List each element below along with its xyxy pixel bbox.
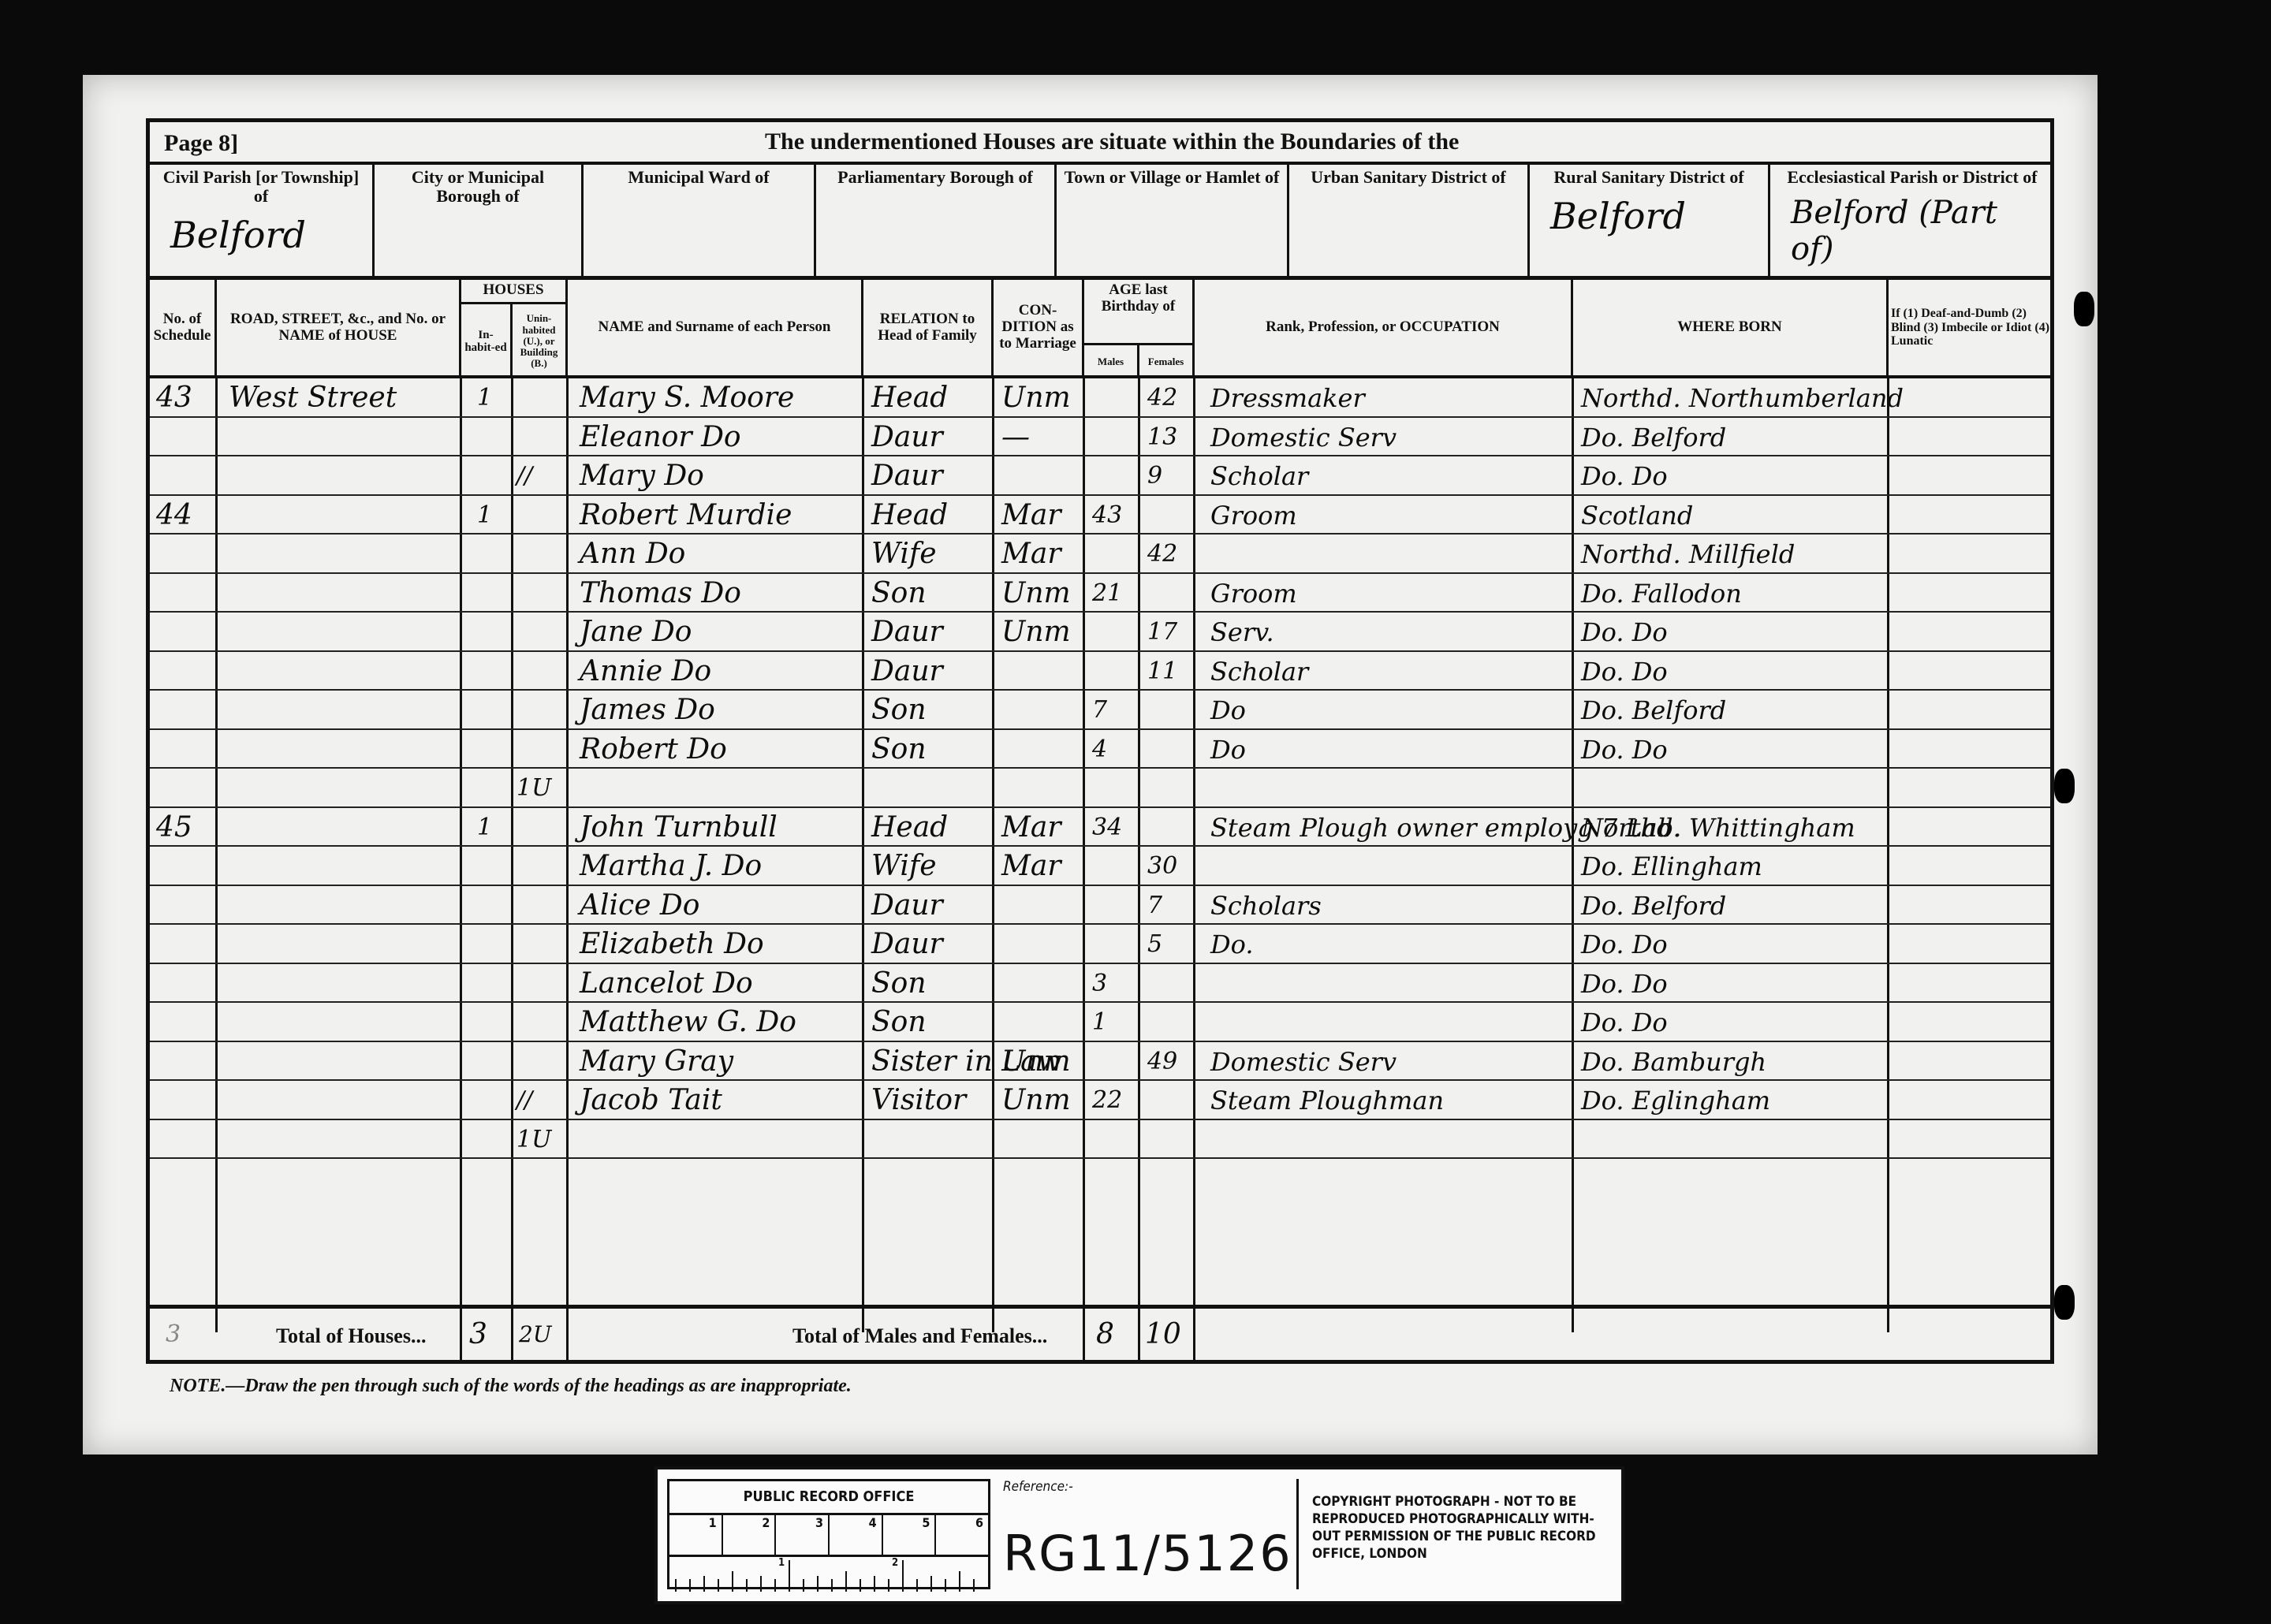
census-rows: 43West Street1Mary S. MooreHeadUnm42Dres… [150,378,2050,1332]
total-females: 10 [1145,1317,1181,1353]
row-name: James Do [580,692,715,728]
office-name: PUBLIC RECORD OFFICE [669,1481,988,1515]
row-female-age: 42 [1147,380,1177,416]
row-female-age: 13 [1147,419,1177,456]
header-town-village: Town or Village or Hamlet of [1057,165,1289,276]
row-female-age: 11 [1147,654,1177,690]
row-condition: Unm [1001,575,1071,612]
row-name: Mary S. Moore [580,380,794,416]
row-name: Robert Murdie [580,497,792,534]
row-relation: Visitor [871,1082,966,1119]
header-civil-parish: Civil Parish [or Township] of Belford [150,165,375,276]
row-where-born: Do. Do [1581,614,1668,650]
col-relation: RELATION to Head of Family [863,280,994,375]
row-inhabited: 1 [477,810,492,846]
col-females: Females [1139,343,1195,378]
row-inhabited: 1 [477,497,492,534]
row-name: Mary Do [580,458,704,494]
reference-label: Reference:- [997,1479,1296,1495]
row-female-age: 42 [1147,536,1177,572]
row-male-age: 3 [1092,966,1107,1002]
margin-mark: 3 [166,1317,181,1353]
row-condition: — [1001,419,1030,456]
row-where-born: Northd. Millfield [1581,536,1795,572]
page-title: The undermentioned Houses are situate wi… [765,129,1459,155]
row-female-age: 30 [1147,848,1177,885]
row-relation: Daur [871,654,943,690]
row-occupation: Scholar [1210,654,1308,690]
row-occupation: Groom [1210,497,1297,534]
row-male-age: 34 [1092,810,1122,846]
col-infirmity: If (1) Deaf-and-Dumb (2) Blind (3) Imbec… [1889,280,2054,375]
civil-parish-value: Belford [155,214,367,256]
row-male-age: 43 [1092,497,1122,534]
total-houses-inhabited: 3 [469,1317,487,1353]
totals-row: 3 Total of Houses... 3 2U Total of Males… [150,1305,2050,1364]
row-relation: Son [871,1004,927,1041]
header-municipal-borough: City or Municipal Borough of [375,165,584,276]
column-headers: No. of Schedule ROAD, STREET, &c., and N… [150,280,2050,378]
row-condition: Mar [1001,848,1061,885]
row-inhabited: 1 [477,380,492,416]
row-where-born: Do. Do [1581,654,1668,690]
row-road: West Street [229,380,397,416]
row-where-born: Do. Ellingham [1581,848,1762,885]
row-condition: Mar [1001,810,1061,846]
row-relation: Daur [871,888,943,924]
row-where-born: Scotland [1581,497,1693,534]
row-condition: Unm [1001,380,1071,416]
row-where-born: Do. Belford [1581,692,1726,728]
row-name: Matthew G. Do [580,1004,796,1041]
header-urban-sanitary: Urban Sanitary District of [1289,165,1530,276]
row-name: Ann Do [580,536,685,572]
row-condition: Unm [1001,1044,1071,1080]
row-relation: Son [871,732,927,768]
row-name: Thomas Do [580,575,741,612]
row-relation: Head [871,497,948,534]
reference-box: Reference:- RG11/5126 [997,1479,1299,1589]
col-where-born: WHERE BORN [1573,280,1889,375]
col-inhabited: In-habit-ed [461,302,513,378]
row-name: Robert Do [580,732,727,768]
row-occupation: Domestic Serv [1210,419,1397,456]
row-condition: Unm [1001,614,1071,650]
row-occupation: Scholars [1210,888,1322,924]
row-occupation: Do. [1210,926,1254,963]
row-relation: Daur [871,458,943,494]
row-relation: Wife [871,848,937,885]
row-where-born: Do. Do [1581,1004,1668,1041]
row-occupation: Do [1210,692,1246,728]
row-male-age: 4 [1092,732,1107,768]
header-ecclesiastical: Ecclesiastical Parish or District of Bel… [1770,165,2054,276]
col-age: AGE last Birthday of [1084,280,1195,343]
row-where-born: Do. Eglingham [1581,1082,1770,1119]
row-male-age: 1 [1092,1004,1107,1041]
total-houses-uninhabited: 2U [519,1317,551,1353]
header-municipal-ward: Municipal Ward of [584,165,816,276]
row-occupation: Scholar [1210,458,1308,494]
boundary-header: Civil Parish [or Township] of Belford Ci… [150,162,2050,280]
row-occupation: Groom [1210,575,1297,612]
col-name: NAME and Surname of each Person [568,280,863,375]
binding-mark [2054,1285,2075,1320]
col-road: ROAD, STREET, &c., and No. or NAME of HO… [217,280,461,375]
row-where-born: Northd. Northumberland [1581,380,1904,416]
row-male-age: 21 [1092,575,1122,612]
row-occupation: Steam Ploughman [1210,1082,1444,1119]
row-name: John Turnbull [580,810,778,846]
footnote: NOTE.—Draw the pen through such of the w… [170,1376,852,1397]
binding-mark [2074,292,2094,326]
row-relation: Daur [871,419,943,456]
row-relation: Wife [871,536,937,572]
row-relation: Head [871,810,948,846]
rural-sanitary-value: Belford [1535,195,1763,237]
row-relation: Daur [871,614,943,650]
row-occupation: Dressmaker [1210,380,1365,416]
row-condition: Mar [1001,536,1061,572]
binding-mark [2054,769,2075,803]
row-uninhabited: 1U [516,1122,551,1158]
row-relation: Head [871,380,948,416]
row-name: Eleanor Do [580,419,741,456]
scale-numbers: 1 2 3 4 5 6 [669,1515,988,1557]
row-female-age: 17 [1147,614,1177,650]
copyright-notice: COPYRIGHT PHOTOGRAPH - NOT TO BE REPRODU… [1312,1493,1620,1563]
col-males: Males [1084,343,1139,378]
row-male-age: 22 [1092,1082,1122,1119]
row-uninhabited: // [516,1082,532,1119]
row-relation: Daur [871,926,943,963]
col-occupation: Rank, Profession, or OCCUPATION [1195,280,1573,375]
row-occupation: Serv. [1210,614,1274,650]
row-name: Jacob Tait [580,1082,722,1119]
row-schedule: 45 [156,810,192,846]
row-where-born: Do. Do [1581,458,1668,494]
inch-ruler: 1 2 [669,1557,988,1592]
row-where-born: Northd. Whittingham [1581,810,1855,846]
total-houses-label: Total of Houses... [276,1318,426,1354]
row-where-born: Do. Do [1581,966,1668,1002]
ruler-ticks-icon [669,1557,988,1592]
census-form: Page 8] The undermentioned Houses are si… [146,118,2054,1364]
row-female-age: 7 [1147,888,1162,924]
row-female-age: 9 [1147,458,1162,494]
row-name: Jane Do [580,614,692,650]
row-condition: Unm [1001,1082,1071,1119]
total-persons-label: Total of Males and Females... [792,1318,1047,1354]
reference-value: RG11/5126 [1003,1525,1292,1582]
row-occupation: Domestic Serv [1210,1044,1397,1080]
row-uninhabited: 1U [516,770,551,806]
row-name: Alice Do [580,888,699,924]
row-female-age: 5 [1147,926,1162,963]
row-where-born: Do. Bamburgh [1581,1044,1766,1080]
row-name: Martha J. Do [580,848,762,885]
row-name: Annie Do [580,654,711,690]
row-relation: Son [871,692,927,728]
row-schedule: 44 [156,497,192,534]
row-name: Mary Gray [580,1044,733,1080]
total-males: 8 [1096,1317,1114,1353]
row-relation: Son [871,966,927,1002]
row-name: Lancelot Do [580,966,753,1002]
header-parliamentary-borough: Parliamentary Borough of [816,165,1057,276]
row-where-born: Do. Belford [1581,888,1726,924]
row-uninhabited: // [516,458,532,494]
row-name: Elizabeth Do [580,926,764,963]
row-where-born: Do. Belford [1581,419,1726,456]
row-occupation: Do [1210,732,1246,768]
row-where-born: Do. Fallodon [1581,575,1742,612]
scale-box: PUBLIC RECORD OFFICE 1 2 3 4 5 6 1 2 [667,1479,990,1589]
col-uninhabited: Unin-habited (U.), or Building (B.) [513,302,568,378]
row-condition: Mar [1001,497,1061,534]
row-where-born: Do. Do [1581,732,1668,768]
row-schedule: 43 [156,380,192,416]
col-schedule: No. of Schedule [150,280,217,375]
ecclesiastical-value: Belford (Part of) [1775,195,2049,267]
page-label: Page 8] [164,130,238,157]
col-condition: CON-DITION as to Marriage [994,280,1084,375]
row-where-born: Do. Do [1581,926,1668,963]
row-female-age: 49 [1147,1044,1177,1080]
public-record-office-stamp: PUBLIC RECORD OFFICE 1 2 3 4 5 6 1 2 [654,1466,1624,1604]
header-rural-sanitary: Rural Sanitary District of Belford [1530,165,1770,276]
row-male-age: 7 [1092,692,1107,728]
row-relation: Son [871,575,927,612]
